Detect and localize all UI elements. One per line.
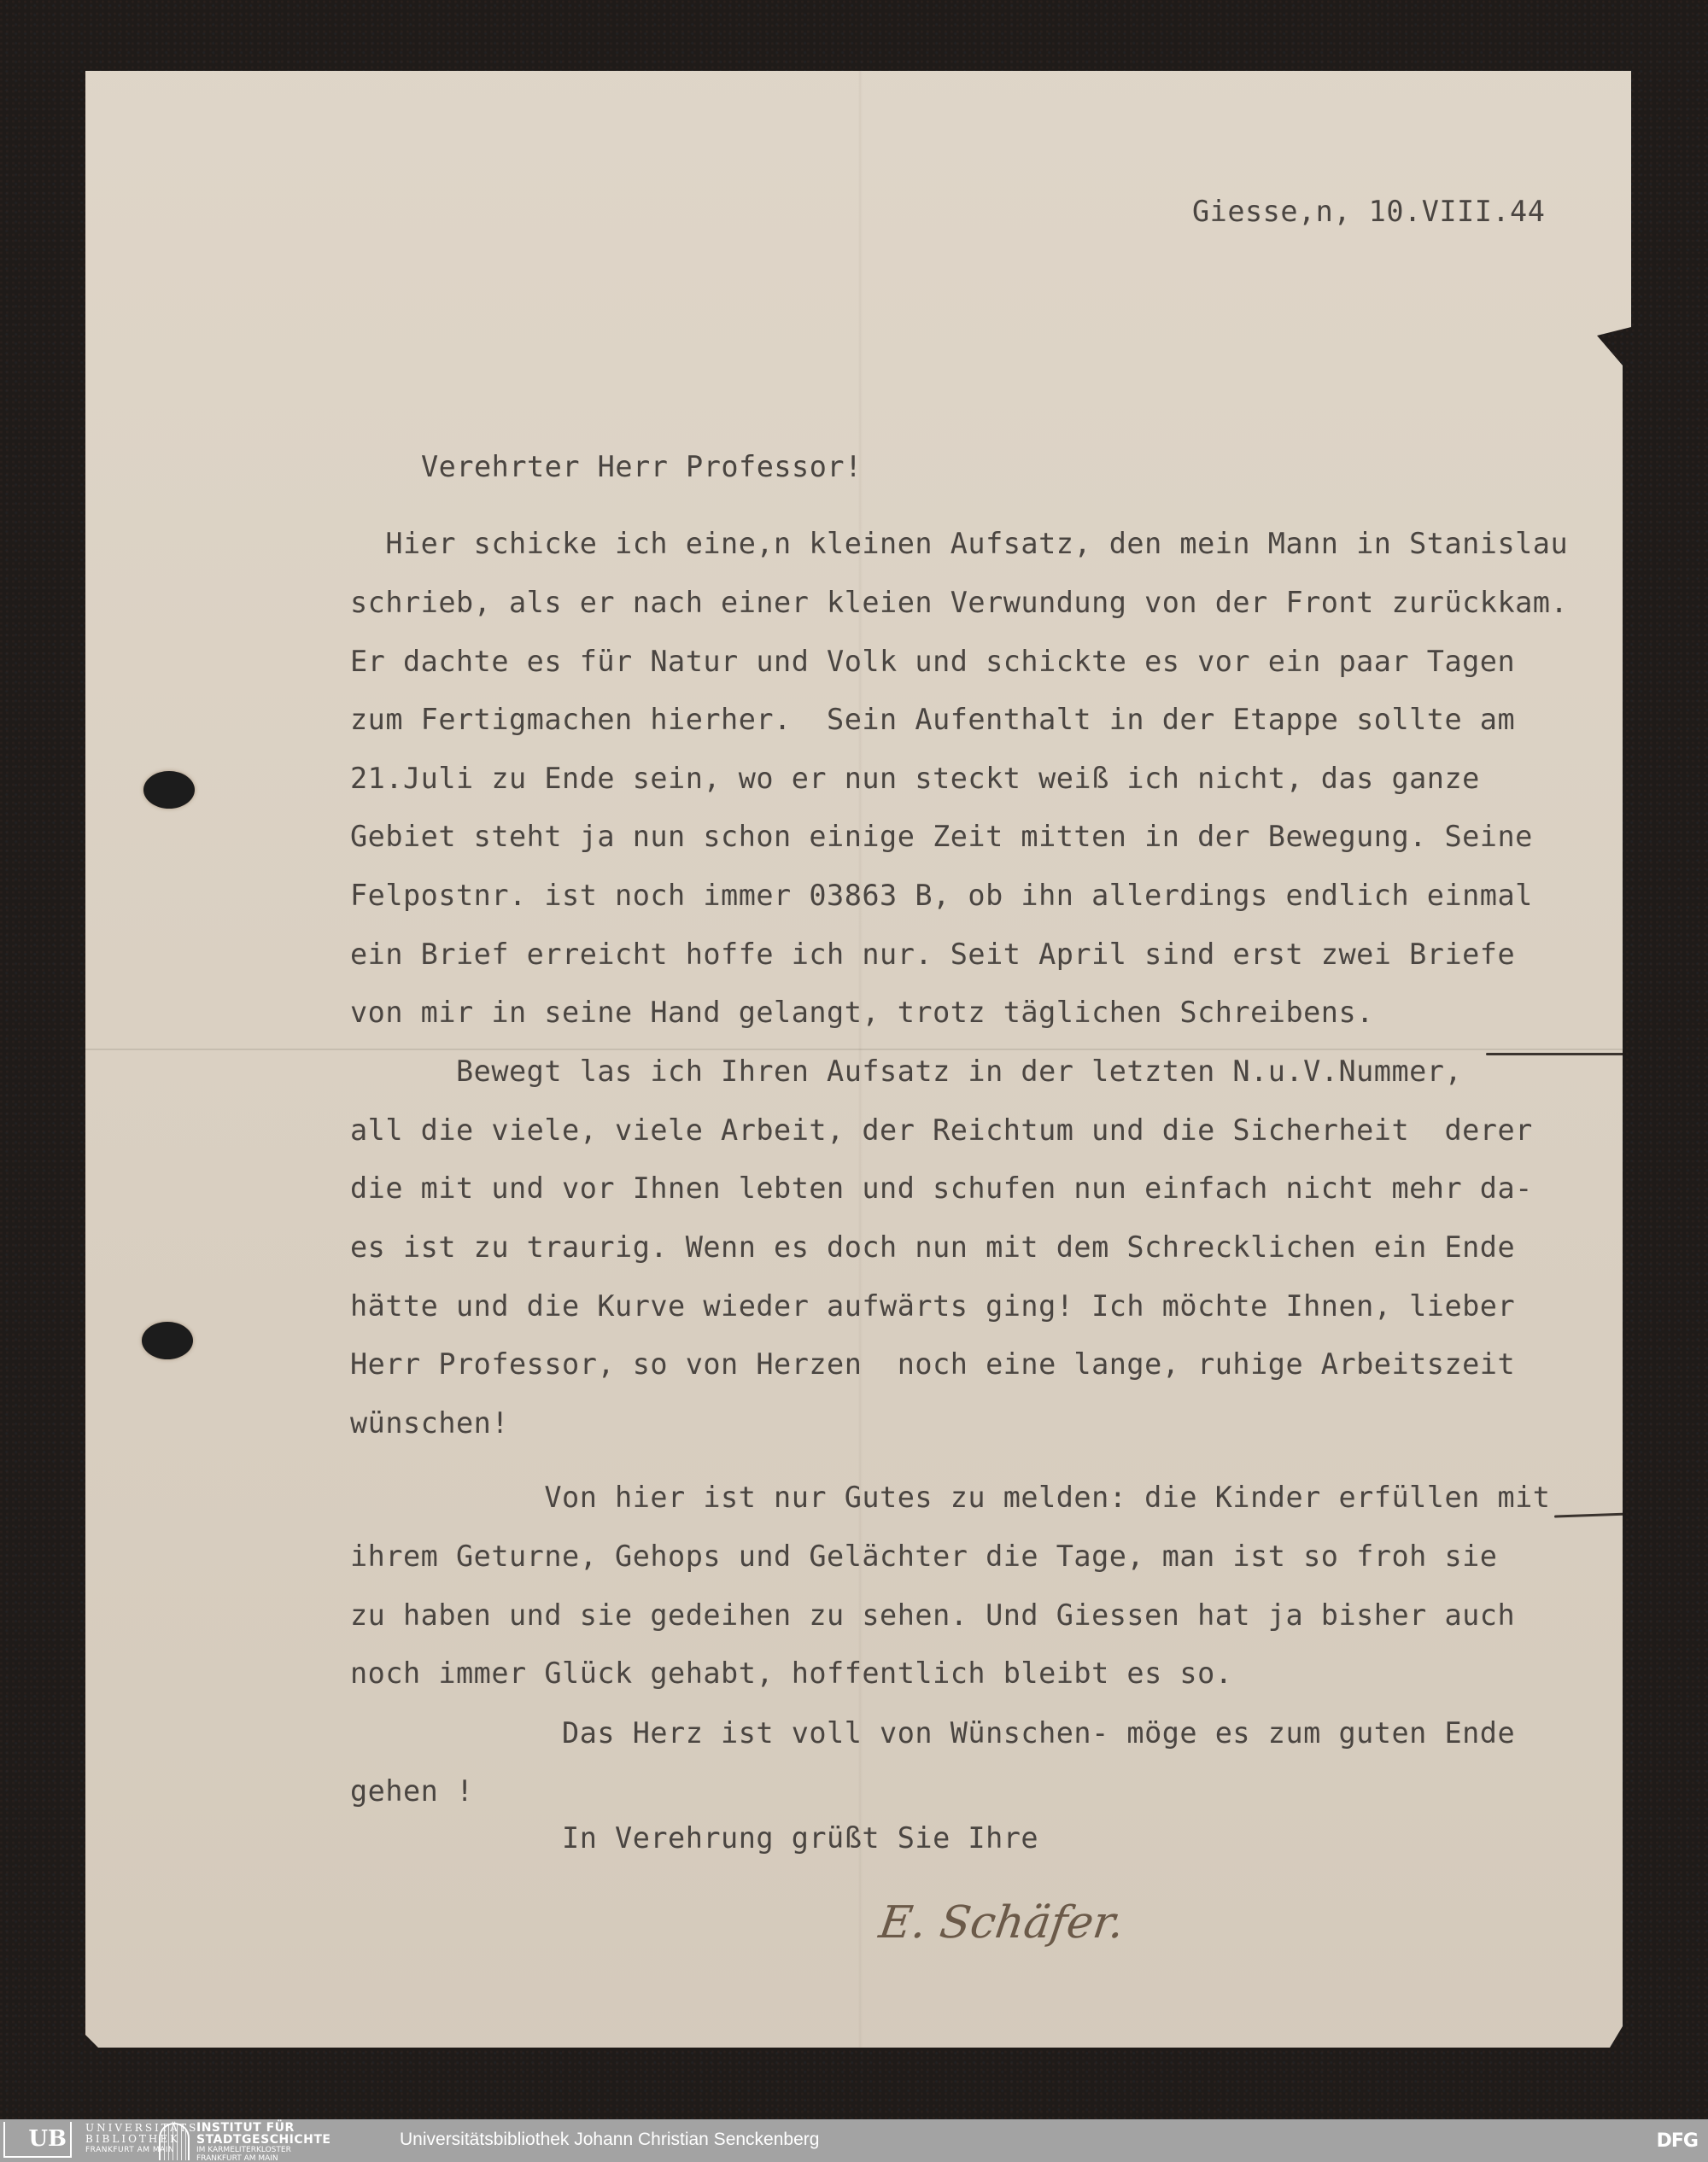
fold-line <box>85 1049 1631 1050</box>
ub-logo-text: UB <box>28 2126 67 2152</box>
body-line: Das Herz ist voll von Wünschen- möge es … <box>350 1719 1515 1748</box>
isg-arch-icon <box>159 2123 190 2160</box>
body-line: gehen ! <box>350 1777 474 1806</box>
ub-logo-icon: UB <box>3 2122 72 2158</box>
isg-name: INSTITUT FÜR STADTGESCHICHTE IM KARMELIT… <box>196 2122 331 2162</box>
body-line: hätte und die Kurve wieder aufwärts ging… <box>350 1292 1515 1321</box>
body-line: 21.Juli zu Ende sein, wo er nun steckt w… <box>350 764 1480 793</box>
punch-hole <box>143 771 195 809</box>
body-line: ihrem Geturne, Gehops und Gelächter die … <box>350 1542 1497 1571</box>
body-line: zu haben und sie gedeihen zu sehen. Und … <box>350 1601 1515 1630</box>
dfg-logo-icon: DFG <box>1657 2130 1698 2152</box>
body-line: die mit und vor Ihnen lebten und schufen… <box>350 1174 1533 1203</box>
library-title: Universitätsbibliothek Johann Christian … <box>400 2130 819 2150</box>
closing-line: In Verehrung grüßt Sie Ihre <box>350 1824 1038 1853</box>
body-line: Herr Professor, so von Herzen noch eine … <box>350 1350 1515 1379</box>
isg-line-2: STADTGESCHICHTE <box>196 2134 331 2146</box>
body-line: Hier schicke ich eine,n kleinen Aufsatz,… <box>350 529 1568 558</box>
punch-hole <box>142 1322 193 1359</box>
body-line: es ist zu traurig. Wenn es doch nun mit … <box>350 1233 1515 1262</box>
isg-line-4: FRANKFURT AM MAIN <box>196 2154 331 2162</box>
body-line: Von hier ist nur Gutes zu melden: die Ki… <box>350 1483 1550 1512</box>
body-line: schrieb, als er nach einer kleien Verwun… <box>350 588 1568 617</box>
body-line: all die viele, viele Arbeit, der Reichtu… <box>350 1116 1533 1145</box>
body-line: noch immer Glück gehabt, hoffentlich ble… <box>350 1659 1232 1688</box>
paper-tear <box>1554 1512 1631 1517</box>
salutation: Verehrter Herr Professor! <box>421 453 863 482</box>
body-line: Bewegt las ich Ihren Aufsatz in der letz… <box>350 1057 1462 1086</box>
body-line: von mir in seine Hand gelangt, trotz täg… <box>350 998 1374 1027</box>
isg-line-3: IM KARMELITERKLOSTER <box>196 2146 331 2154</box>
footer-bar: UB UNIVERSITÄTS BIBLIOTHEK FRANKFURT AM … <box>0 2119 1708 2162</box>
body-line: Er dachte es für Natur und Volk und schi… <box>350 647 1515 676</box>
body-line: zum Fertigmachen hierher. Sein Aufenthal… <box>350 705 1515 734</box>
body-line: Gebiet steht ja nun schon einige Zeit mi… <box>350 822 1533 851</box>
isg-line-1: INSTITUT FÜR <box>196 2122 331 2134</box>
body-line: Felpostnr. ist noch immer 03863 B, ob ih… <box>350 881 1533 910</box>
body-line: ein Brief erreicht hoffe ich nur. Seit A… <box>350 940 1515 969</box>
paper-tear <box>1486 1053 1631 1055</box>
body-line: wünschen! <box>350 1409 509 1438</box>
handwritten-signature: E. Schäfer. <box>876 1897 1127 1949</box>
place-date: Giesse,n, 10.VIII.44 <box>1192 197 1545 226</box>
